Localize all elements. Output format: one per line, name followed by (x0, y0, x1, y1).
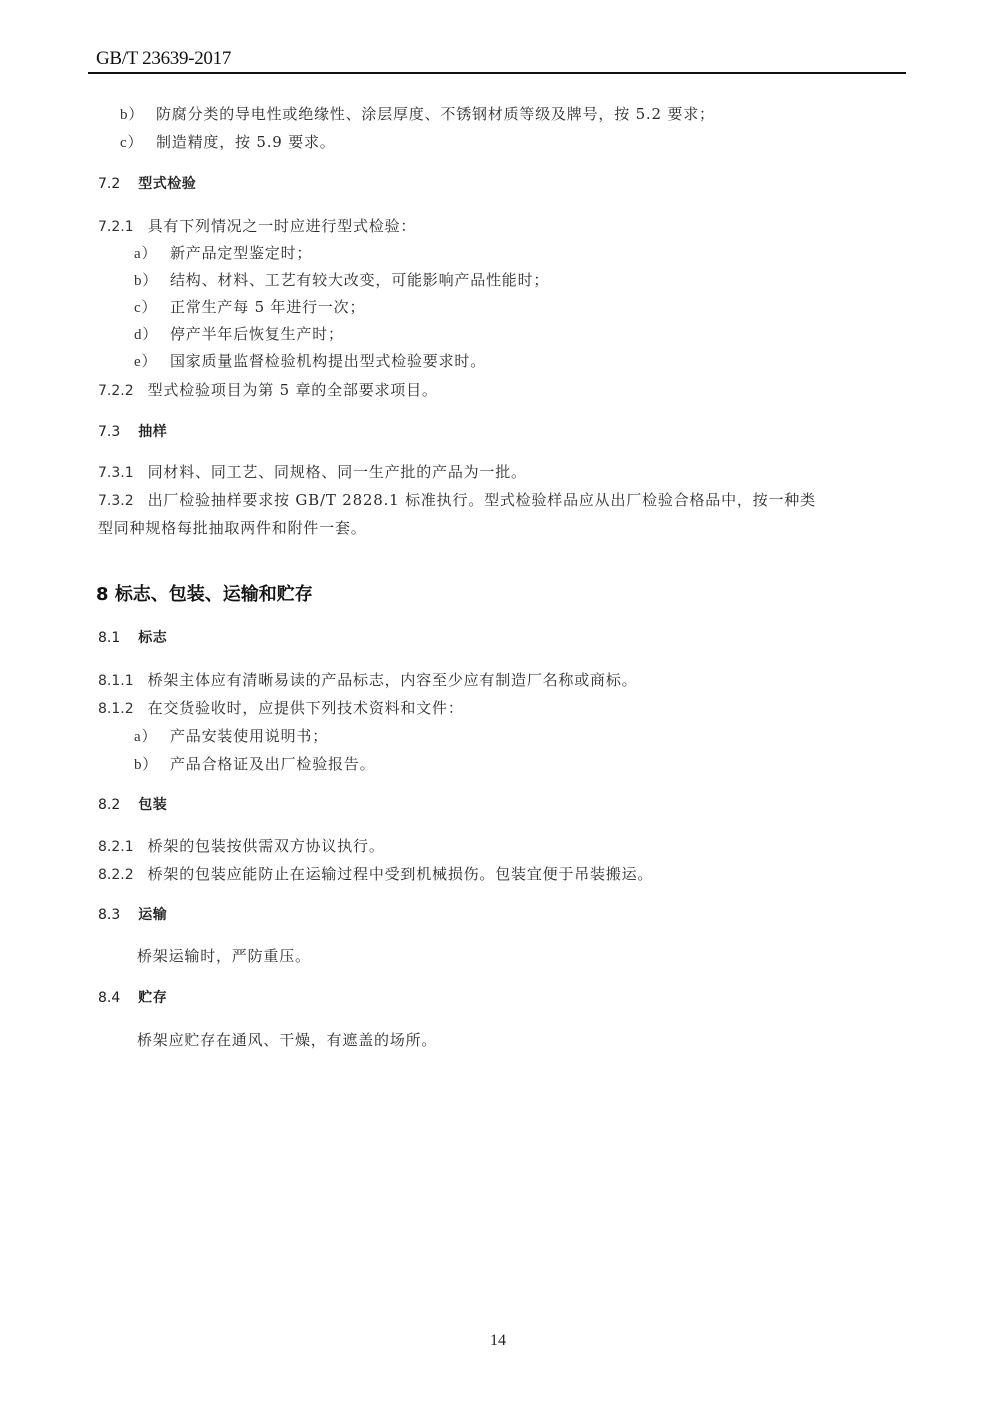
list-item: c）制造精度，按 5.9 要求。 (120, 132, 336, 153)
section-heading-7-3: 7.3抽样 (98, 422, 167, 442)
item-label: b） (134, 755, 170, 775)
clause-text: 桥架的包装按供需双方协议执行。 (148, 837, 385, 855)
clause-text: 出厂检验抽样要求按 GB/T 2828.1 标准执行。型式检验样品应从出厂检验合… (148, 491, 816, 509)
item-text: 新产品定型鉴定时； (170, 244, 312, 262)
list-item: c）正常生产每 5 年进行一次； (134, 297, 365, 318)
header-rule (88, 72, 906, 74)
section-heading-7-2: 7.2型式检验 (98, 174, 196, 194)
section-number: 7.2 (98, 176, 120, 192)
chapter-number: 8 (96, 584, 109, 605)
item-label: b） (134, 271, 170, 291)
item-text: 防腐分类的导电性或绝缘性、涂层厚度、不锈钢材质等级及牌号，按 5.2 要求； (156, 105, 715, 123)
section-heading-8-1: 8.1标志 (98, 628, 167, 648)
section-heading-8-4: 8.4贮存 (98, 988, 167, 1008)
item-text: 结构、材料、工艺有较大改变，可能影响产品性能时； (170, 271, 549, 289)
section-8-4-text: 桥架应贮存在通风、干燥，有遮盖的场所。 (137, 1030, 437, 1050)
section-number: 7.3 (98, 424, 120, 440)
clause-number: 8.2.2 (98, 865, 134, 885)
chapter-title: 标志、包装、运输和贮存 (115, 584, 313, 605)
section-number: 8.4 (98, 990, 120, 1006)
list-item: b）防腐分类的导电性或绝缘性、涂层厚度、不锈钢材质等级及牌号，按 5.2 要求； (120, 104, 715, 125)
section-8-3-text: 桥架运输时，严防重压。 (137, 946, 311, 966)
clause-number: 7.3.2 (98, 491, 134, 511)
clause-number: 8.1.2 (98, 699, 134, 719)
clause-8-2-1: 8.2.1桥架的包装按供需双方协议执行。 (98, 836, 385, 857)
clause-7-3-2-continued: 型同种规格每批抽取两件和附件一套。 (98, 518, 367, 538)
page-number: 14 (490, 1332, 506, 1350)
section-number: 8.2 (98, 797, 120, 813)
item-label: a） (134, 244, 170, 264)
clause-number: 8.1.1 (98, 671, 134, 691)
list-item: a）新产品定型鉴定时； (134, 243, 312, 264)
item-text: 正常生产每 5 年进行一次； (170, 298, 365, 316)
clause-text: 型式检验项目为第 5 章的全部要求项目。 (148, 381, 438, 399)
standard-code-header: GB/T 23639-2017 (96, 48, 231, 70)
clause-text: 在交货验收时，应提供下列技术资料和文件： (148, 699, 464, 717)
item-text: 制造精度，按 5.9 要求。 (156, 133, 336, 151)
section-number: 8.3 (98, 907, 120, 923)
section-title: 型式检验 (138, 176, 196, 192)
clause-text: 桥架的包装应能防止在运输过程中受到机械损伤。包装宜便于吊装搬运。 (148, 865, 654, 883)
item-label: e） (134, 352, 170, 372)
clause-8-1-2: 8.1.2在交货验收时，应提供下列技术资料和文件： (98, 698, 464, 719)
list-item: d）停产半年后恢复生产时； (134, 324, 344, 345)
clause-text: 具有下列情况之一时应进行型式检验： (148, 217, 417, 235)
item-label: c） (134, 298, 170, 318)
item-label: c） (120, 133, 156, 153)
list-item: e）国家质量监督检验机构提出型式检验要求时。 (134, 351, 486, 372)
clause-text: 同材料、同工艺、同规格、同一生产批的产品为一批。 (148, 463, 527, 481)
clause-number: 7.3.1 (98, 463, 134, 483)
item-text: 产品合格证及出厂检验报告。 (170, 755, 375, 773)
list-item: b）产品合格证及出厂检验报告。 (134, 754, 375, 775)
section-title: 运输 (138, 907, 167, 923)
clause-7-2-2: 7.2.2型式检验项目为第 5 章的全部要求项目。 (98, 380, 438, 401)
clause-7-3-2: 7.3.2出厂检验抽样要求按 GB/T 2828.1 标准执行。型式检验样品应从… (98, 490, 816, 511)
section-title: 抽样 (138, 424, 167, 440)
section-heading-8-2: 8.2包装 (98, 795, 167, 815)
clause-number: 8.2.1 (98, 837, 134, 857)
clause-7-2-1: 7.2.1具有下列情况之一时应进行型式检验： (98, 216, 416, 237)
item-text: 停产半年后恢复生产时； (170, 325, 344, 343)
clause-number: 7.2.1 (98, 217, 134, 237)
section-title: 包装 (138, 797, 167, 813)
list-item: a）产品安装使用说明书； (134, 726, 328, 747)
clause-text: 桥架主体应有清晰易读的产品标志，内容至少应有制造厂名称或商标。 (148, 671, 638, 689)
item-label: a） (134, 727, 170, 747)
clause-7-3-1: 7.3.1同材料、同工艺、同规格、同一生产批的产品为一批。 (98, 462, 527, 483)
section-heading-8-3: 8.3运输 (98, 905, 167, 925)
item-text: 产品安装使用说明书； (170, 727, 328, 745)
item-label: d） (134, 325, 170, 345)
section-number: 8.1 (98, 630, 120, 646)
item-label: b） (120, 105, 156, 125)
section-title: 标志 (138, 630, 167, 646)
item-text: 国家质量监督检验机构提出型式检验要求时。 (170, 352, 486, 370)
clause-number: 7.2.2 (98, 381, 134, 401)
chapter-heading-8: 8 标志、包装、运输和贮存 (96, 580, 313, 606)
clause-8-1-1: 8.1.1桥架主体应有清晰易读的产品标志，内容至少应有制造厂名称或商标。 (98, 670, 637, 691)
section-title: 贮存 (138, 990, 167, 1006)
list-item: b）结构、材料、工艺有较大改变，可能影响产品性能时； (134, 270, 549, 291)
clause-8-2-2: 8.2.2桥架的包装应能防止在运输过程中受到机械损伤。包装宜便于吊装搬运。 (98, 864, 653, 885)
